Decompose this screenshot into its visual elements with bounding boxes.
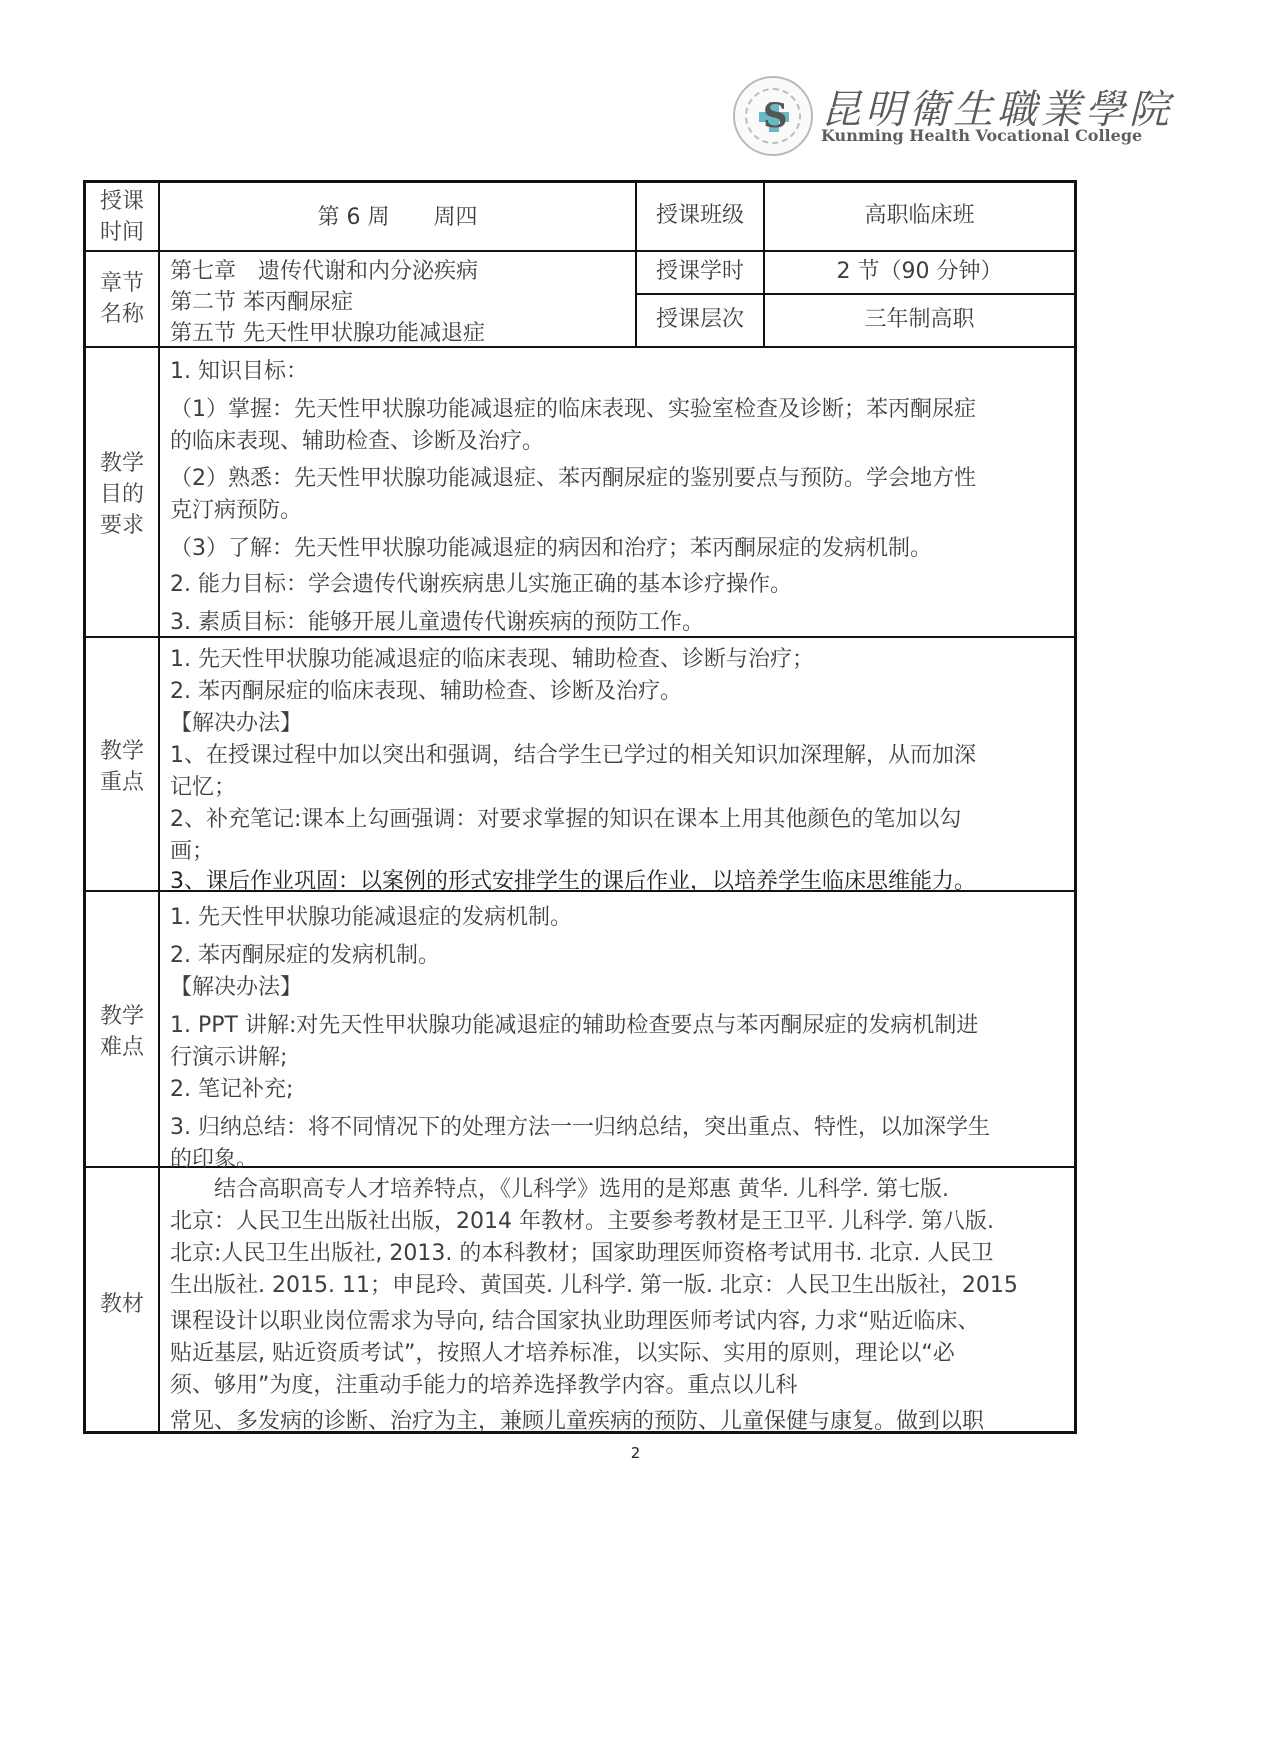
objective-line: 克汀病预防。 [170, 493, 302, 524]
hours-value: 2 节（90 分钟） [765, 257, 1074, 287]
key-points-content: 1. 先天性甲状腺功能减退症的临床表现、辅助检查、诊断与治疗； 2. 苯丙酮尿症… [170, 638, 1070, 890]
page-number: 2 [0, 1444, 1271, 1462]
difficulties-content: 1. 先天性甲状腺功能减退症的发病机制。 2. 苯丙酮尿症的发病机制。 【解决办… [170, 892, 1070, 1166]
objective-line: 的临床表现、辅助检查、诊断及治疗。 [170, 424, 544, 455]
label-difficulties: 教学 难点 [86, 1001, 158, 1063]
textbook-line: 北京:人民卫生出版社, 2013. 的本科教材；国家助理医师资格考试用书. 北京… [170, 1236, 993, 1267]
key-point-line: 1. 先天性甲状腺功能减退症的临床表现、辅助检查、诊断与治疗； [170, 642, 814, 673]
difficulty-line: 1. PPT 讲解:对先天性甲状腺功能减退症的辅助检查要点与苯丙酮尿症的发病机制… [170, 1008, 978, 1039]
key-point-line: 2、补充笔记:课本上勾画强调：对要求掌握的知识在课本上用其他颜色的笔加以勾 [170, 802, 961, 833]
key-point-line: 3、课后作业巩固：以案例的形式安排学生的课后作业，以培养学生临床思维能力。 [170, 864, 976, 895]
label-hours: 授课学时 [637, 257, 763, 287]
difficulty-line: 【解决办法】 [170, 970, 302, 1001]
chapter-lines: 第七章 遗传代谢和内分泌疾病 第二节 苯丙酮尿症 第五节 先天性甲状腺功能减退症 [170, 252, 630, 346]
objective-line: （3）了解：先天性甲状腺功能减退症的病因和治疗；苯丙酮尿症的发病机制。 [170, 531, 932, 562]
difficulty-line: 2. 笔记补充; [170, 1072, 293, 1103]
objective-line: （2）熟悉：先天性甲状腺功能减退症、苯丙酮尿症的鉴别要点与预防。学会地方性 [170, 461, 976, 492]
label-chapter-name: 章节 名称 [86, 268, 158, 330]
difficulty-line: 2. 苯丙酮尿症的发病机制。 [170, 938, 440, 969]
college-logo: S 昆明衛生職業學院 Kunming Health Vocational Col… [733, 72, 1083, 162]
textbook-content: 结合高职高专人才培养特点，《儿科学》选用的是郑惠 黄华. 儿科学. 第七版. 北… [170, 1168, 1070, 1431]
section-title: 第五节 先天性甲状腺功能减退症 [170, 316, 485, 347]
difficulty-line: 3. 归纳总结：将不同情况下的处理方法一一归纳总结，突出重点、特性，以加深学生 [170, 1110, 990, 1141]
difficulty-line: 1. 先天性甲状腺功能减退症的发病机制。 [170, 900, 572, 931]
label-teaching-time: 授课 时间 [86, 186, 158, 250]
objective-line: 2. 能力目标：学会遗传代谢疾病患儿实施正确的基本诊疗操作。 [170, 567, 792, 598]
key-point-line: 2. 苯丙酮尿症的临床表现、辅助检查、诊断及治疗。 [170, 674, 682, 705]
textbook-line: 北京：人民卫生出版社出版，2014 年教材。主要参考教材是王卫平. 儿科学. 第… [170, 1204, 994, 1235]
chapter-title: 第七章 遗传代谢和内分泌疾病 [170, 254, 478, 285]
class-value: 高职临床班 [765, 201, 1074, 231]
textbook-line: 常见、多发病的诊断、治疗为主，兼顾儿童疾病的预防、儿童保健与康复。做到以职 [170, 1404, 984, 1435]
objective-line: 1. 知识目标： [170, 354, 308, 385]
textbook-line: 须、够用”为度，注重动手能力的培养选择教学内容。重点以儿科 [170, 1368, 797, 1399]
label-level: 授课层次 [637, 305, 763, 335]
textbook-line: 课程设计以职业岗位需求为导向, 结合国家执业助理医师考试内容, 力求“贴近临床、 [170, 1304, 979, 1335]
label-objectives: 教学 目的 要求 [86, 448, 158, 541]
objective-line: （1）掌握：先天性甲状腺功能减退症的临床表现、实验室检查及诊断；苯丙酮尿症 [170, 392, 976, 423]
key-point-line: 1、在授课过程中加以突出和强调，结合学生已学过的相关知识加深理解，从而加深 [170, 738, 976, 769]
teaching-time-value: 第 6 周 周四 [160, 203, 635, 233]
objectives-content: 1. 知识目标： （1）掌握：先天性甲状腺功能减退症的临床表现、实验室检查及诊断… [170, 348, 1070, 636]
logo-english-name: Kunming Health Vocational College [821, 126, 1142, 145]
key-point-line: 画； [170, 834, 214, 865]
label-textbook: 教材 [86, 1289, 158, 1320]
textbook-line: 结合高职高专人才培养特点，《儿科学》选用的是郑惠 黄华. 儿科学. 第七版. [170, 1172, 949, 1203]
key-point-line: 记忆； [170, 770, 236, 801]
label-class: 授课班级 [637, 201, 763, 231]
textbook-line: 生出版社. 2015. 11；申昆玲、黄国英. 儿科学. 第一版. 北京：人民卫… [170, 1268, 1018, 1299]
lesson-plan-table: 授课 时间 第 6 周 周四 授课班级 高职临床班 章节 名称 第七章 遗传代谢… [83, 180, 1077, 1434]
label-key-points: 教学 重点 [86, 736, 158, 798]
difficulty-line: 行演示讲解; [170, 1040, 287, 1071]
level-value: 三年制高职 [765, 305, 1074, 335]
textbook-line: 贴近基层, 贴近资质考试”，按照人才培养标准，以实际、实用的原则，理论以“必 [170, 1336, 955, 1367]
objective-line: 3. 素质目标：能够开展儿童遗传代谢疾病的预防工作。 [170, 605, 704, 636]
section-title: 第二节 苯丙酮尿症 [170, 285, 353, 316]
college-seal-icon: S [733, 76, 813, 156]
key-point-line: 【解决办法】 [170, 706, 302, 737]
